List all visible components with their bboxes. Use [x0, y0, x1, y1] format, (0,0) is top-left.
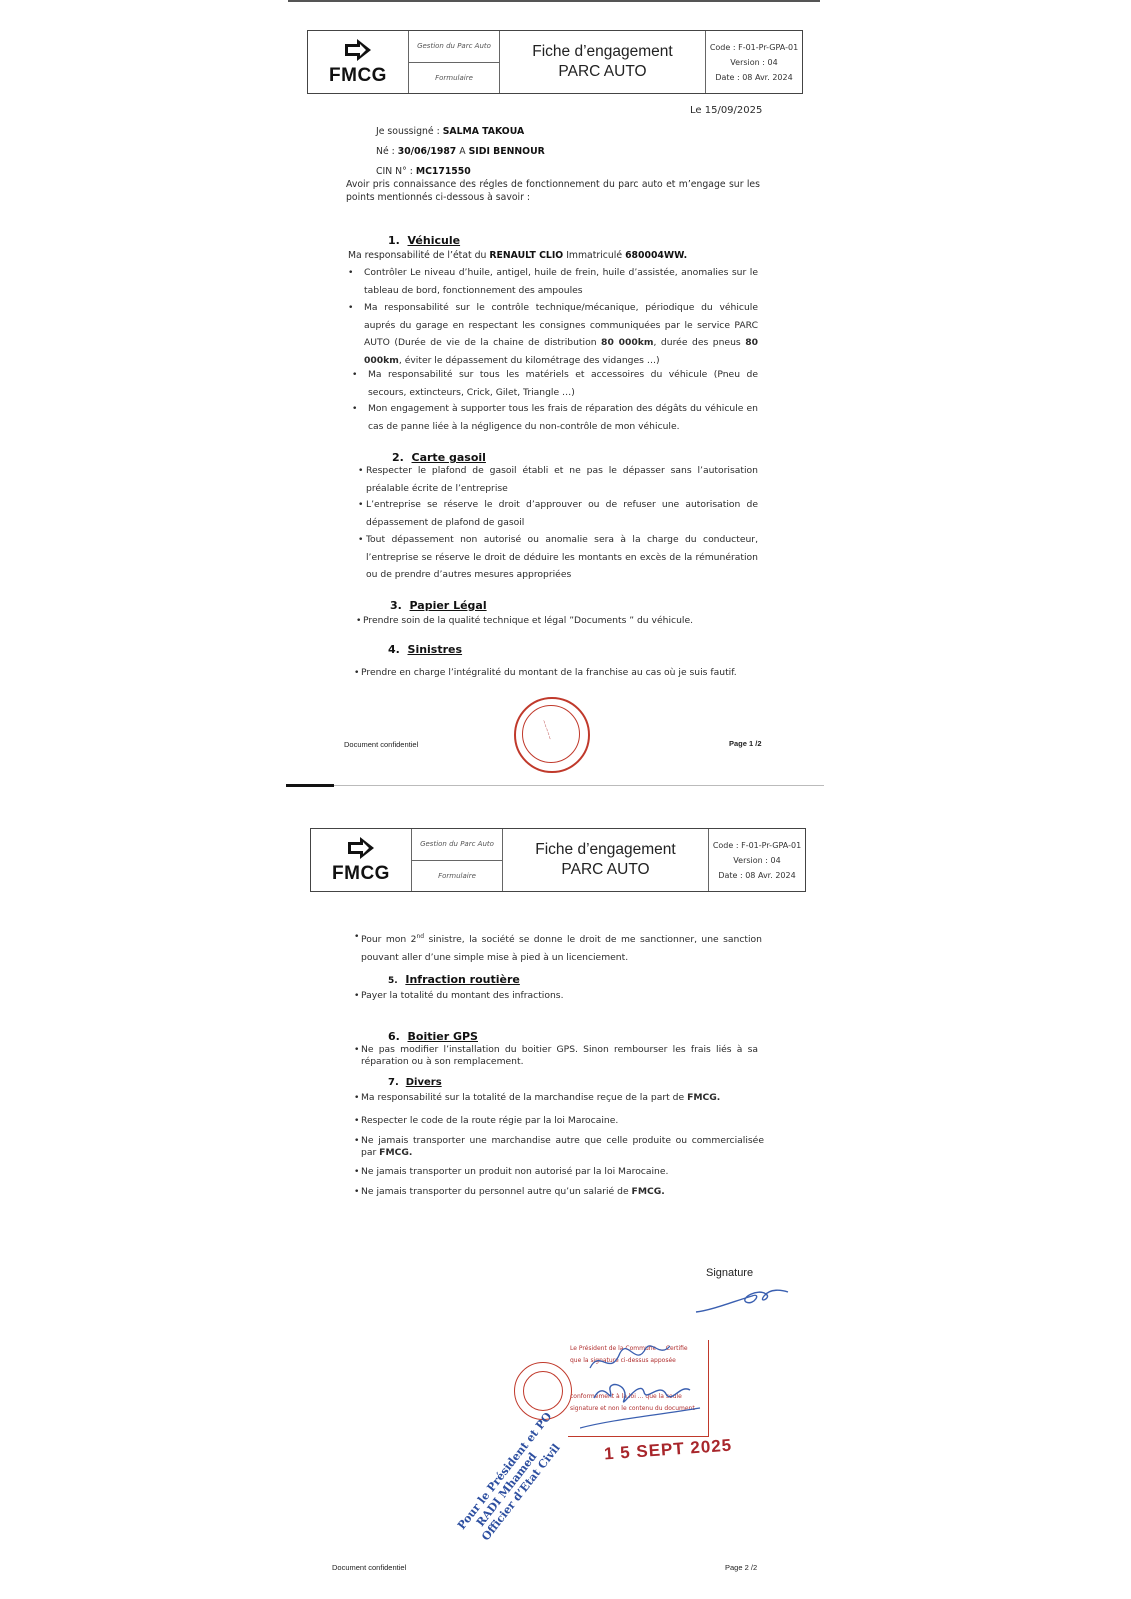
list-item: •Ne jamais transporter du personnel autr…: [354, 1183, 774, 1201]
list-item-text: Prendre soin de la qualité technique et …: [356, 612, 776, 630]
section-1-heading: 1. Véhicule: [388, 234, 460, 247]
section-title: Divers: [406, 1077, 442, 1088]
vehicle-registered-label: Immatriculé: [566, 250, 622, 261]
doc-code: Code : F-01-Pr-GPA-01: [713, 838, 801, 853]
signature-label: Signature: [706, 1267, 753, 1279]
header-meta: Code : F-01-Pr-GPA-01 Version : 04 Date …: [709, 829, 805, 891]
birth-date: 30/06/1987: [398, 146, 457, 157]
section-7-heading: 7. Divers: [388, 1077, 442, 1088]
cin-label: CIN N° :: [376, 166, 413, 177]
list-item-text: Tout dépassement non autorisé ou anomali…: [358, 531, 758, 584]
list-item-text: L’entreprise se réserve le droit d’appro…: [358, 496, 758, 531]
section-title: Véhicule: [408, 234, 461, 247]
section-number: 1.: [388, 234, 400, 247]
brand-name: FMCG: [329, 65, 387, 87]
list-item-text: Ma responsabilité sur la totalité de la …: [354, 1089, 774, 1107]
list-item: •Respecter le code de la route régie par…: [354, 1112, 774, 1130]
date-stamp: 1 5 SEPT 2025: [603, 1436, 732, 1465]
birth-place: SIDI BENNOUR: [469, 146, 545, 157]
list-item-text: Pour mon 2nd sinistre, la société se don…: [354, 928, 762, 966]
officer-stamp-line: RADI Mhamed: [465, 1418, 564, 1540]
list-item-text: Mon engagement à supporter tous les frai…: [352, 400, 758, 435]
list-item: •Ne pas modifier l’installation du boiti…: [354, 1044, 758, 1068]
header-title: Fiche d’engagement PARC AUTO: [500, 31, 706, 93]
intro-paragraph: Avoir pris connaissance des régles de fo…: [346, 178, 760, 204]
list-item-text: Ne pas modifier l’installation du boitie…: [354, 1044, 758, 1068]
footer-page-number: Page 2 /2: [725, 1563, 757, 1572]
section-5-heading: 5. Infraction routière: [388, 973, 520, 986]
section-title: Infraction routière: [405, 973, 520, 986]
certification-signature-icon: [580, 1338, 710, 1438]
list-item: •Ma responsabilité sur tous les matériel…: [352, 366, 758, 401]
title-line-2: PARC AUTO: [558, 62, 646, 82]
doc-code: Code : F-01-Pr-GPA-01: [710, 40, 798, 55]
soussigne-line: Je soussigné : SALMA TAKOUA: [376, 123, 524, 140]
doc-type-label: Formulaire: [412, 861, 502, 892]
section-title: Papier Légal: [410, 599, 487, 612]
brand-name: FMCG: [332, 863, 390, 885]
list-item: •Tout dépassement non autorisé ou anomal…: [358, 531, 758, 584]
list-item-text: Contrôler Le niveau d’huile, antigel, hu…: [348, 264, 758, 299]
list-item-text: Respecter le plafond de gasoil établi et…: [358, 462, 758, 497]
document-header: FMCG Gestion du Parc Auto Formulaire Fic…: [307, 30, 803, 94]
list-item-text: Ne jamais transporter un produit non aut…: [354, 1163, 774, 1181]
section-4-heading: 4. Sinistres: [388, 643, 462, 656]
fmcg-logo: FMCG: [311, 829, 412, 891]
vehicle-plate: 680004WW.: [625, 250, 687, 261]
letter-date: Le 15/09/2025: [690, 102, 762, 119]
doc-date: Date : 08 Avr. 2024: [715, 70, 792, 85]
section-3-heading: 3. Papier Légal: [390, 599, 487, 612]
fmcg-logo: FMCG: [308, 31, 409, 93]
birth-line: Né : 30/06/1987 A SIDI BENNOUR: [376, 143, 545, 160]
header-title: Fiche d’engagement PARC AUTO: [503, 829, 709, 891]
list-item: •Mon engagement à supporter tous les fra…: [352, 400, 758, 435]
section-6-heading: 6. Boitier GPS: [388, 1030, 478, 1043]
section-number: 3.: [390, 599, 402, 612]
header-department-cell: Gestion du Parc Auto Formulaire: [412, 829, 503, 891]
document-page-2: FMCG Gestion du Parc Auto Formulaire Fic…: [0, 800, 1131, 1599]
title-line-1: Fiche d’engagement: [535, 840, 675, 860]
footer-confidential: Document confidentiel: [332, 1563, 406, 1572]
list-item: •L’entreprise se réserve le droit d’appr…: [358, 496, 758, 531]
list-item: •Ma responsabilité sur le contrôle techn…: [348, 299, 758, 369]
section-title: Sinistres: [408, 643, 463, 656]
cin-value: MC171550: [416, 166, 471, 177]
list-item-text: Ma responsabilité sur le contrôle techni…: [348, 299, 758, 369]
section-number: 7.: [388, 1077, 399, 1088]
title-line-2: PARC AUTO: [561, 860, 649, 880]
list-item: •Ma responsabilité sur la totalité de la…: [354, 1089, 774, 1107]
vehicle-line: Ma responsabilité de l’état du RENAULT C…: [348, 247, 687, 264]
birth-label: Né :: [376, 146, 395, 157]
document-page-1: FMCG Gestion du Parc Auto Formulaire Fic…: [0, 0, 1131, 800]
doc-version: Version : 04: [730, 55, 777, 70]
list-item-text: Respecter le code de la route régie par …: [354, 1112, 774, 1130]
list-item-text: Ne jamais transporter une marchandise au…: [354, 1135, 764, 1159]
birth-a: A: [459, 146, 465, 157]
soussigne-label: Je soussigné :: [376, 126, 440, 137]
department-label: Gestion du Parc Auto: [409, 31, 499, 63]
vehicle-lead: Ma responsabilité de l’état du: [348, 250, 486, 261]
list-item-text: Ma responsabilité sur tous les matériels…: [352, 366, 758, 401]
company-round-stamp: ~~~~~: [514, 697, 590, 773]
list-item: •Ne jamais transporter une marchandise a…: [354, 1135, 764, 1159]
doc-version: Version : 04: [733, 853, 780, 868]
employee-name: SALMA TAKOUA: [443, 126, 524, 137]
scan-edge-line: [288, 0, 820, 2]
section-number: 6.: [388, 1030, 400, 1043]
footer-confidential: Document confidentiel: [344, 740, 418, 749]
header-meta: Code : F-01-Pr-GPA-01 Version : 04 Date …: [706, 31, 802, 93]
doc-date: Date : 08 Avr. 2024: [718, 868, 795, 883]
section-number: 4.: [388, 643, 400, 656]
footer-page-number: Page 1 /2: [729, 739, 762, 748]
section-title: Boitier GPS: [408, 1030, 478, 1043]
list-item: •Ne jamais transporter un produit non au…: [354, 1163, 774, 1181]
list-item: •Pour mon 2nd sinistre, la société se do…: [354, 928, 762, 966]
list-item: •Contrôler Le niveau d’huile, antigel, h…: [348, 264, 758, 299]
list-item: •Prendre en charge l’intégralité du mont…: [354, 664, 774, 682]
fmcg-arrow-icon: [343, 38, 373, 64]
vehicle-model: RENAULT CLIO: [489, 250, 563, 261]
title-line-1: Fiche d’engagement: [532, 42, 672, 62]
list-item-text: Payer la totalité du montant des infract…: [354, 987, 762, 1005]
page-divider: [334, 785, 824, 786]
doc-type-label: Formulaire: [409, 63, 499, 94]
list-item-text: Prendre en charge l’intégralité du monta…: [354, 664, 774, 682]
list-item: •Prendre soin de la qualité technique et…: [356, 612, 776, 630]
list-item: •Respecter le plafond de gasoil établi e…: [358, 462, 758, 497]
list-item-text: Ne jamais transporter du personnel autre…: [354, 1183, 774, 1201]
department-label: Gestion du Parc Auto: [412, 829, 502, 861]
officer-stamp: Pour le Président et PO RADI Mhamed Offi…: [455, 1410, 575, 1548]
header-department-cell: Gestion du Parc Auto Formulaire: [409, 31, 500, 93]
page-divider-left: [286, 784, 334, 787]
list-item: •Payer la totalité du montant des infrac…: [354, 987, 762, 1005]
signature-scribble-icon: [692, 1280, 792, 1320]
document-header: FMCG Gestion du Parc Auto Formulaire Fic…: [310, 828, 806, 892]
section-number: 5.: [388, 976, 398, 986]
fmcg-arrow-icon: [346, 836, 376, 862]
